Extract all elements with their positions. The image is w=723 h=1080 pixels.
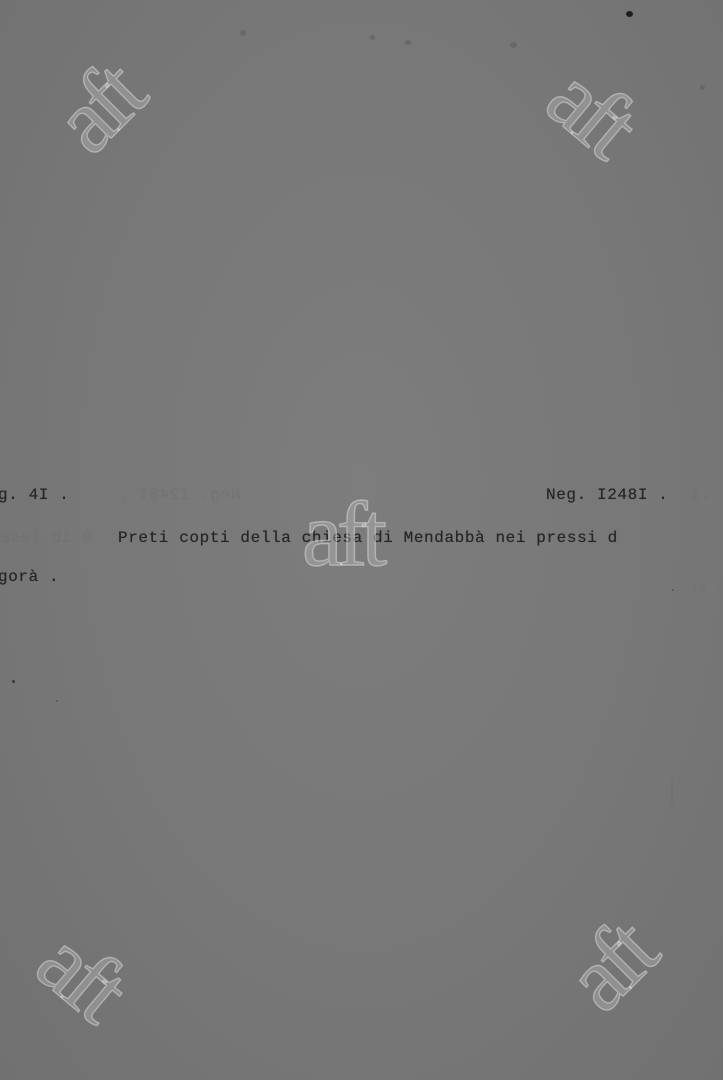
scanned-document-page: Neg. I248I . 0 ib lese .I . St g. 4I . N… — [0, 0, 723, 1080]
aft-watermark-logo: aft — [302, 488, 381, 580]
dust-mark — [700, 85, 705, 90]
bleed-through-text: . St — [690, 582, 721, 596]
negative-number: Neg. I248I . — [546, 486, 668, 504]
dust-mark — [240, 30, 246, 36]
dust-mark — [370, 35, 375, 40]
bleed-through-text: 0 ib lese — [0, 529, 92, 547]
aft-watermark-logo: aft — [532, 49, 652, 170]
aft-watermark-logo: aft — [37, 48, 158, 169]
bleed-through-text: .I — [690, 486, 710, 504]
aft-watermark-logo: aft — [549, 906, 670, 1027]
figure-reference: g. 4I . — [0, 486, 69, 504]
dust-speck — [12, 680, 15, 683]
dust-mark — [510, 42, 517, 48]
film-scratch — [671, 765, 673, 825]
caption-line-2: gorà . — [0, 568, 59, 586]
dust-mark — [405, 40, 411, 45]
dust-speck — [626, 11, 633, 17]
dust-speck — [56, 700, 58, 702]
dust-speck — [672, 589, 674, 591]
aft-watermark-logo: aft — [22, 913, 142, 1034]
bleed-through-text: Neg. I248I . — [118, 486, 240, 504]
